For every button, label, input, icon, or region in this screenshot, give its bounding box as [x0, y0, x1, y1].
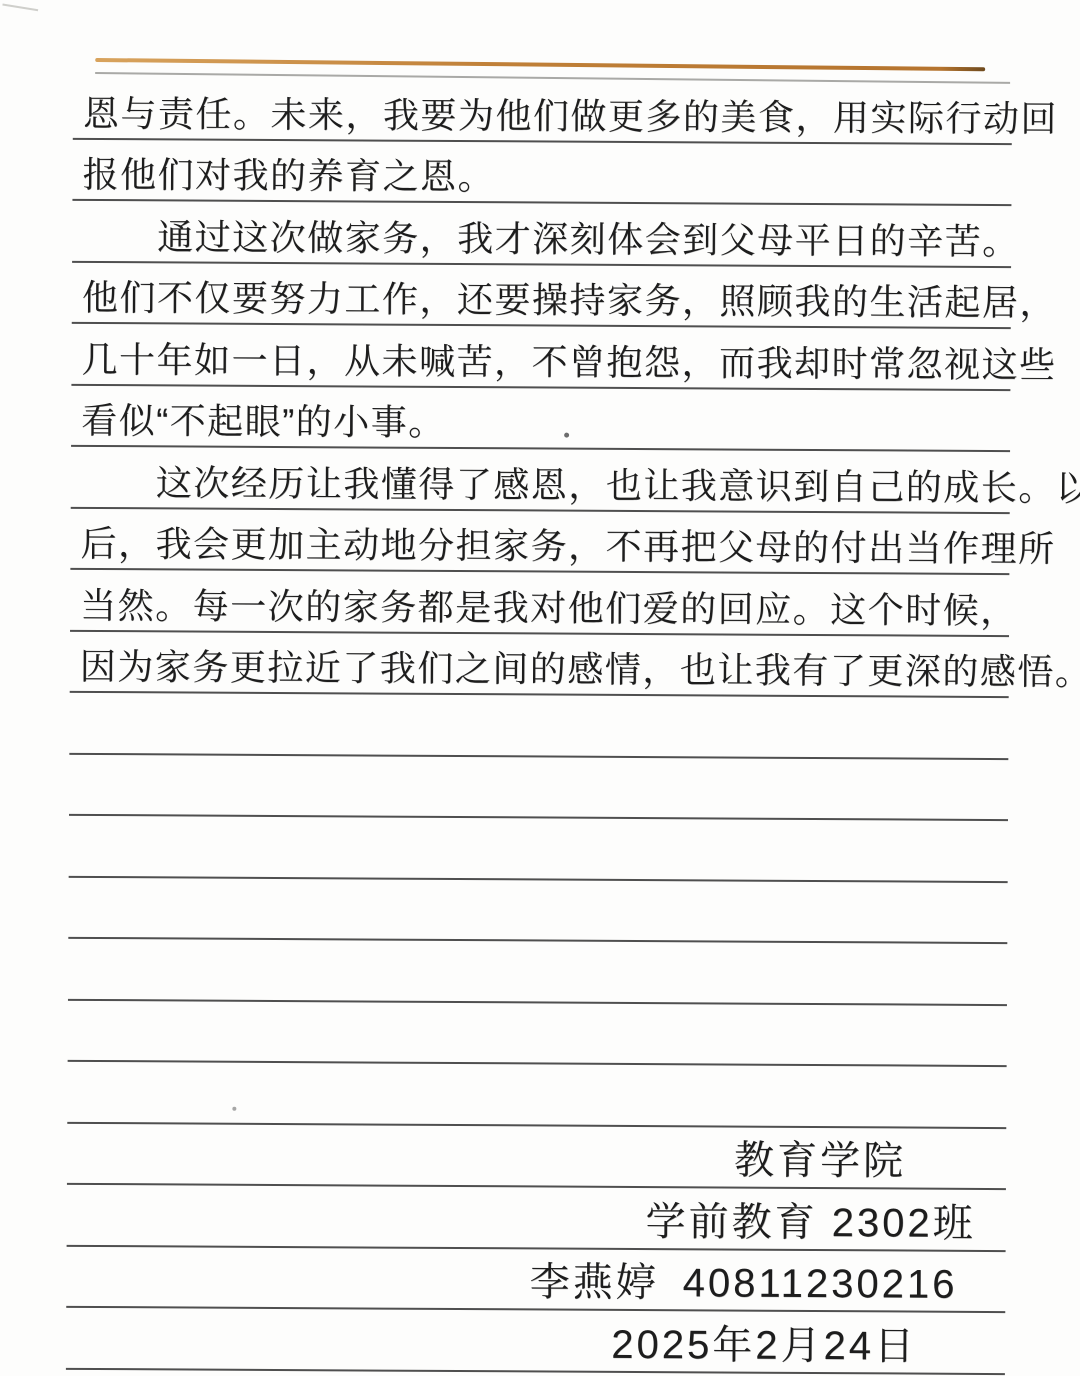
handwriting-text: 报他们对我的养育之恩。 [72, 157, 495, 201]
handwriting-line-10: 因为家务更拉近了我们之间的感情，也让我有了更深的感悟。 [70, 631, 1009, 698]
empty-ruled-line [69, 754, 1008, 821]
signature-college-line: 教育学院 [67, 1123, 1006, 1190]
handwriting-text [69, 808, 79, 814]
handwriting-line-6: 看似“不起眼”的小事。 [71, 385, 1010, 452]
corner-artifact [2, 3, 38, 11]
empty-ruled-line [67, 1062, 1006, 1129]
handwriting-text: 当然。每一次的家务都是我对他们爱的回应。这个时候， [70, 587, 1018, 634]
handwriting-text: 看似“不起眼”的小事。 [71, 403, 446, 447]
handwriting-line-5: 几十年如一日，从未喊苦，不曾抱怨，而我却时常忽视这些 [71, 324, 1010, 391]
empty-ruled-line [69, 693, 1008, 760]
handwriting-text: 通过这次做家务，我才深刻体会到父母平日的辛苦。 [72, 218, 1020, 265]
handwriting-line-8: 后，我会更加主动地分担家务，不再把父母的付出当作理所 [70, 508, 1009, 575]
notebook-page: 恩与责任。未来，我要为他们做更多的美食，用实际行动回 报他们对我的养育之恩。 通… [0, 0, 1080, 1376]
signature-date: 2025年2月24日 [611, 1324, 1005, 1372]
handwriting-text: 因为家务更拉近了我们之间的感情，也让我有了更深的感悟。 [70, 649, 1080, 697]
handwriting-text [68, 1054, 78, 1060]
signature-name-line: 李燕婷 40811230216 [66, 1246, 1005, 1313]
handwriting-line-7: 这次经历让我懂得了感恩，也让我意识到自己的成长。以 [71, 447, 1010, 514]
handwriting-line-4: 他们不仅要努力工作，还要操持家务，照顾我的生活起居， [72, 262, 1011, 329]
empty-ruled-line [68, 1000, 1007, 1067]
handwriting-line-3: 通过这次做家务，我才深刻体会到父母平日的辛苦。 [72, 201, 1011, 268]
ruled-lines: 恩与责任。未来，我要为他们做更多的美食，用实际行动回 报他们对我的养育之恩。 通… [66, 78, 1012, 1375]
handwriting-text: 几十年如一日，从未喊苦，不曾抱怨，而我却时常忽视这些 [71, 341, 1056, 389]
handwriting-line-2: 报他们对我的养育之恩。 [72, 139, 1011, 206]
signature-name: 李燕婷 [530, 1262, 659, 1309]
signature-class-line: 学前教育 2302班 [67, 1185, 1006, 1252]
signature-date-line: 2025年2月24日 [66, 1308, 1005, 1375]
empty-ruled-line [69, 816, 1008, 883]
page-content: 恩与责任。未来，我要为他们做更多的美食，用实际行动回 报他们对我的养育之恩。 通… [0, 0, 1080, 1376]
signature-student-id: 40811230216 [683, 1263, 1006, 1311]
signature-college: 教育学院 [734, 1141, 1006, 1189]
handwriting-line-9: 当然。每一次的家务都是我对他们爱的回应。这个时候， [70, 570, 1009, 637]
empty-ruled-line [68, 939, 1007, 1006]
handwriting-text: 这次经历让我懂得了感恩，也让我意识到自己的成长。以 [71, 464, 1080, 512]
handwriting-text [68, 992, 78, 998]
handwriting-text [67, 1115, 77, 1121]
handwriting-text [69, 746, 79, 752]
handwriting-text: 后，我会更加主动地分担家务，不再把父母的付出当作理所 [70, 526, 1055, 574]
top-accent-line [95, 58, 985, 71]
handwriting-text [69, 869, 79, 875]
handwriting-line-1: 恩与责任。未来，我要为他们做更多的美食，用实际行动回 [73, 78, 1012, 145]
handwriting-text [68, 931, 78, 937]
signature-class: 学前教育 2302班 [645, 1202, 1005, 1250]
handwriting-text: 恩与责任。未来，我要为他们做更多的美食，用实际行动回 [73, 95, 1058, 143]
handwriting-text: 他们不仅要努力工作，还要操持家务，照顾我的生活起居， [72, 280, 1057, 328]
empty-ruled-line [68, 877, 1007, 944]
